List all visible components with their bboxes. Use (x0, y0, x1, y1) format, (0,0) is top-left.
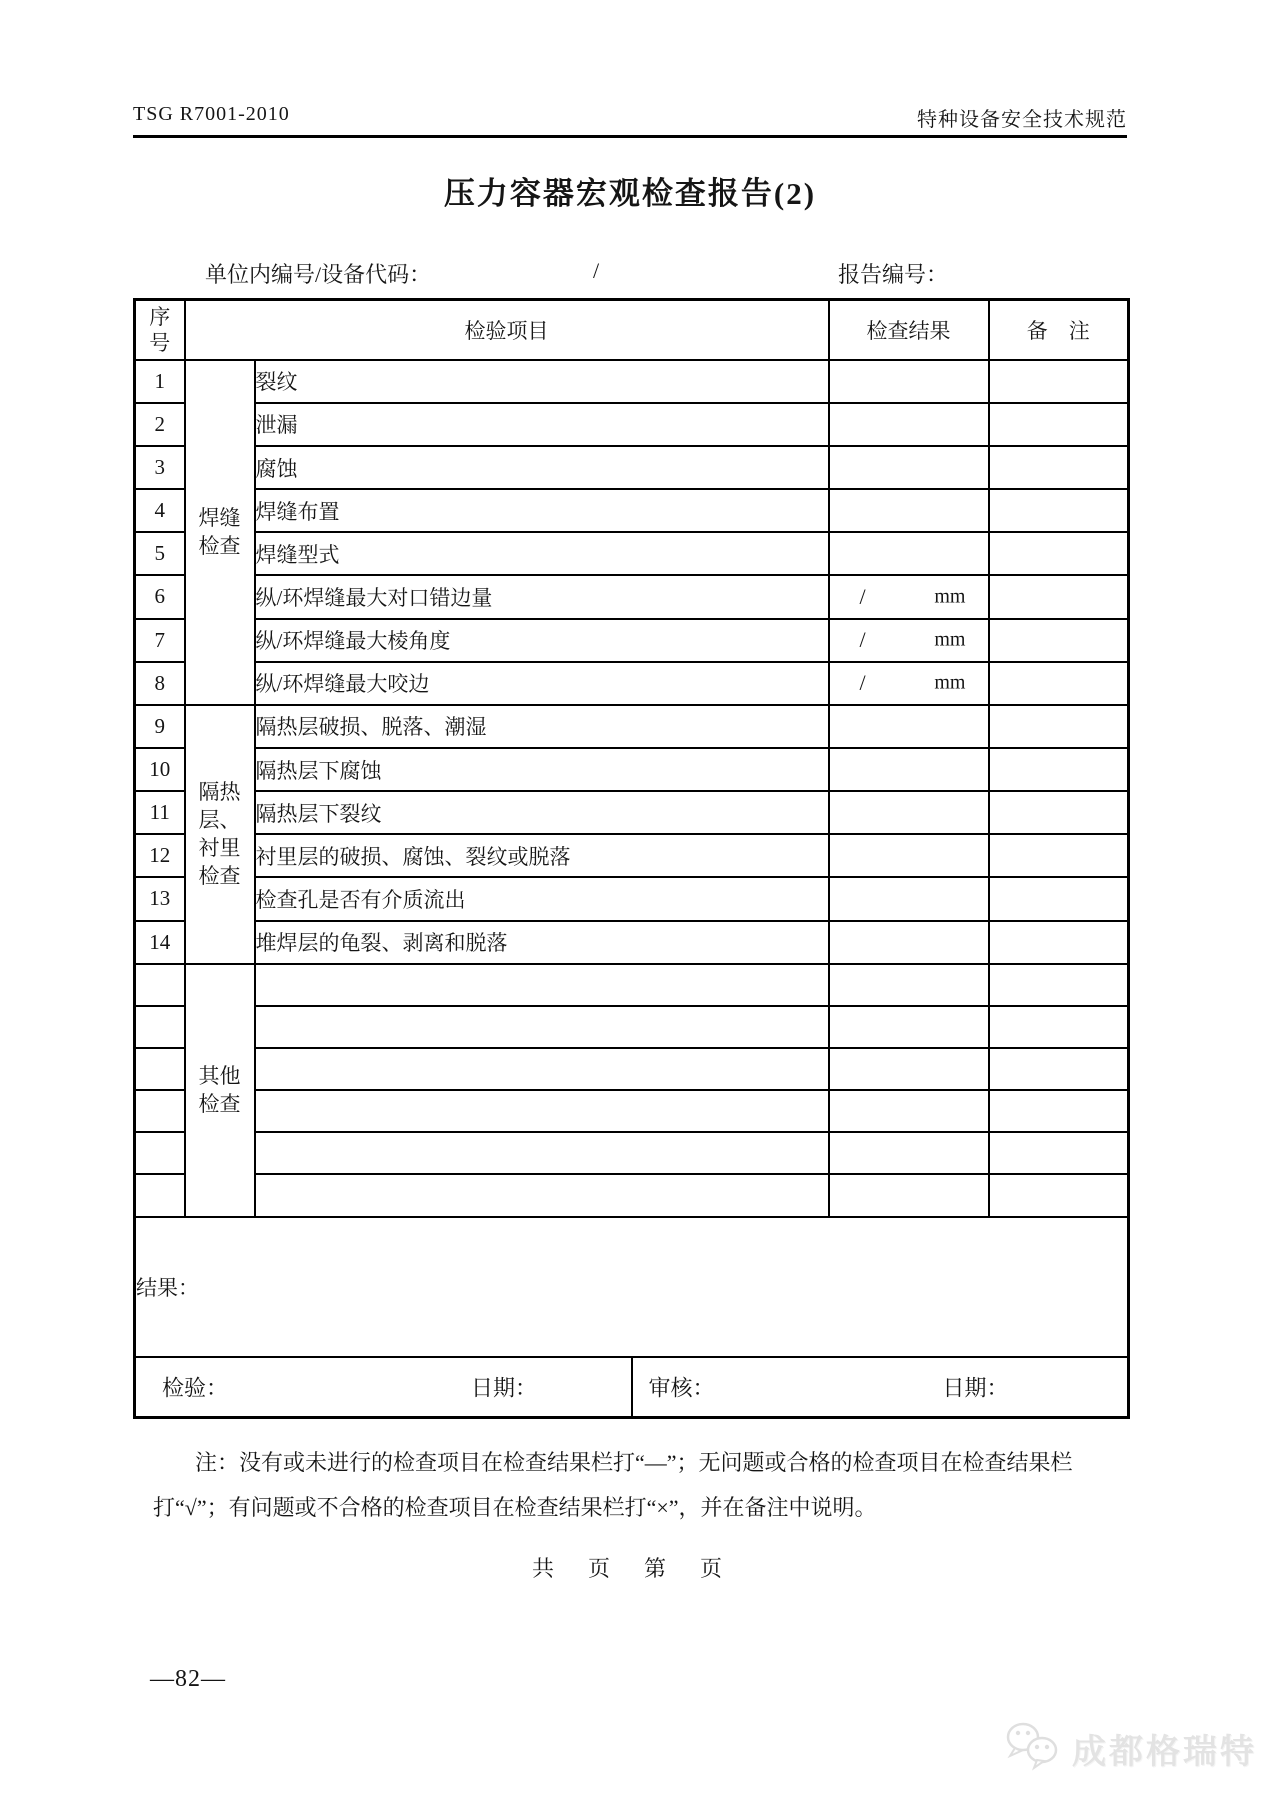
table-row-empty (135, 1174, 1129, 1216)
pagination-line: 共 页 第 页 (133, 1552, 1127, 1583)
unit-code-slash: / (593, 258, 599, 284)
table-row: 6 纵/环焊缝最大对口错边量 / mm (135, 575, 1129, 618)
unit-code-label: 单位内编号/设备代码： (205, 258, 431, 289)
table-row: 8 纵/环焊缝最大咬边 / mm (135, 662, 1129, 705)
result-label: 结果： (136, 1276, 199, 1300)
page-title: 压力容器宏观检查报告(2) (133, 168, 1127, 213)
table-header-row: 序 号 检验项目 检查结果 备 注 (135, 300, 1129, 360)
inspector-date-label: 日期： (471, 1372, 537, 1403)
table-row: 13 检查孔是否有介质流出 (135, 877, 1129, 920)
table-row: 7 纵/环焊缝最大棱角度 / mm (135, 619, 1129, 662)
group-insulation-lining-inspection: 隔热 层、 衬里 检查 (185, 705, 255, 964)
header-rule (133, 135, 1127, 138)
table-row: 9 隔热 层、 衬里 检查 隔热层破损、脱落、潮湿 (135, 705, 1129, 748)
col-header-no: 序 号 (135, 300, 185, 360)
report-number-label: 报告编号： (838, 258, 948, 289)
table-row: 11 隔热层下裂纹 (135, 791, 1129, 834)
signature-row: 检验： 日期： 审核： 日期： (135, 1357, 1129, 1417)
result-unit-mm: mm (934, 672, 965, 695)
table-row: 1 焊缝 检查 裂纹 (135, 360, 1129, 403)
table-row-empty (135, 1048, 1129, 1090)
table-row-empty (135, 1006, 1129, 1048)
col-header-remark: 备 注 (989, 300, 1129, 360)
table-row: 4 焊缝布置 (135, 489, 1129, 532)
table-row-empty (135, 1090, 1129, 1132)
table-row: 12 衬里层的破损、腐蚀、裂纹或脱落 (135, 834, 1129, 877)
reviewer-label: 审核： (649, 1372, 715, 1403)
reviewer-signature-area: 审核： 日期： (631, 1358, 1128, 1416)
table-row: 10 隔热层下腐蚀 (135, 748, 1129, 791)
result-unit-mm: mm (934, 629, 965, 652)
inspector-label: 检验： (162, 1372, 228, 1403)
col-header-result: 检查结果 (829, 300, 989, 360)
result-slash: / (860, 627, 866, 653)
standard-code: TSG R7001-2010 (133, 103, 290, 132)
page-number: —82— (150, 1666, 226, 1693)
standard-name: 特种设备安全技术规范 (917, 103, 1127, 132)
footnote-line-1: 注：没有或未进行的检查项目在检查结果栏打“—”；无问题或合格的检查项目在检查结果… (153, 1440, 1133, 1485)
footnote-line-2: 打“√”；有问题或不合格的检查项目在检查结果栏打“×”，并在备注中说明。 (153, 1485, 1133, 1530)
result-slash: / (860, 670, 866, 696)
table-row: 2 泄漏 (135, 403, 1129, 446)
wechat-logo-icon (1002, 1720, 1064, 1777)
table-row: 3 腐蚀 (135, 446, 1129, 489)
page-header: TSG R7001-2010 特种设备安全技术规范 (133, 103, 1127, 132)
result-row: 结果： (135, 1217, 1129, 1358)
table-row-empty (135, 1132, 1129, 1174)
footnote: 注：没有或未进行的检查项目在检查结果栏打“—”；无问题或合格的检查项目在检查结果… (153, 1440, 1133, 1530)
table-row: 14 堆焊层的龟裂、剥离和脱落 (135, 921, 1129, 964)
reviewer-date-label: 日期： (943, 1372, 1009, 1403)
inspector-signature-area: 检验： 日期： (136, 1358, 631, 1416)
inspection-table: 序 号 检验项目 检查结果 备 注 1 焊缝 检查 裂纹 2 泄漏 3 腐蚀 4… (133, 298, 1130, 1419)
table-row-empty: 其他 检查 (135, 964, 1129, 1006)
col-header-item: 检验项目 (185, 300, 829, 360)
result-slash: / (860, 584, 866, 610)
group-weld-inspection: 焊缝 检查 (185, 360, 255, 705)
watermark: 成都格瑞特 (1002, 1720, 1257, 1777)
watermark-text: 成都格瑞特 (1072, 1724, 1257, 1773)
info-line: 单位内编号/设备代码： / 报告编号： (133, 258, 1127, 290)
group-other-inspection: 其他 检查 (185, 964, 255, 1217)
table-row: 5 焊缝型式 (135, 532, 1129, 575)
result-unit-mm: mm (934, 585, 965, 608)
